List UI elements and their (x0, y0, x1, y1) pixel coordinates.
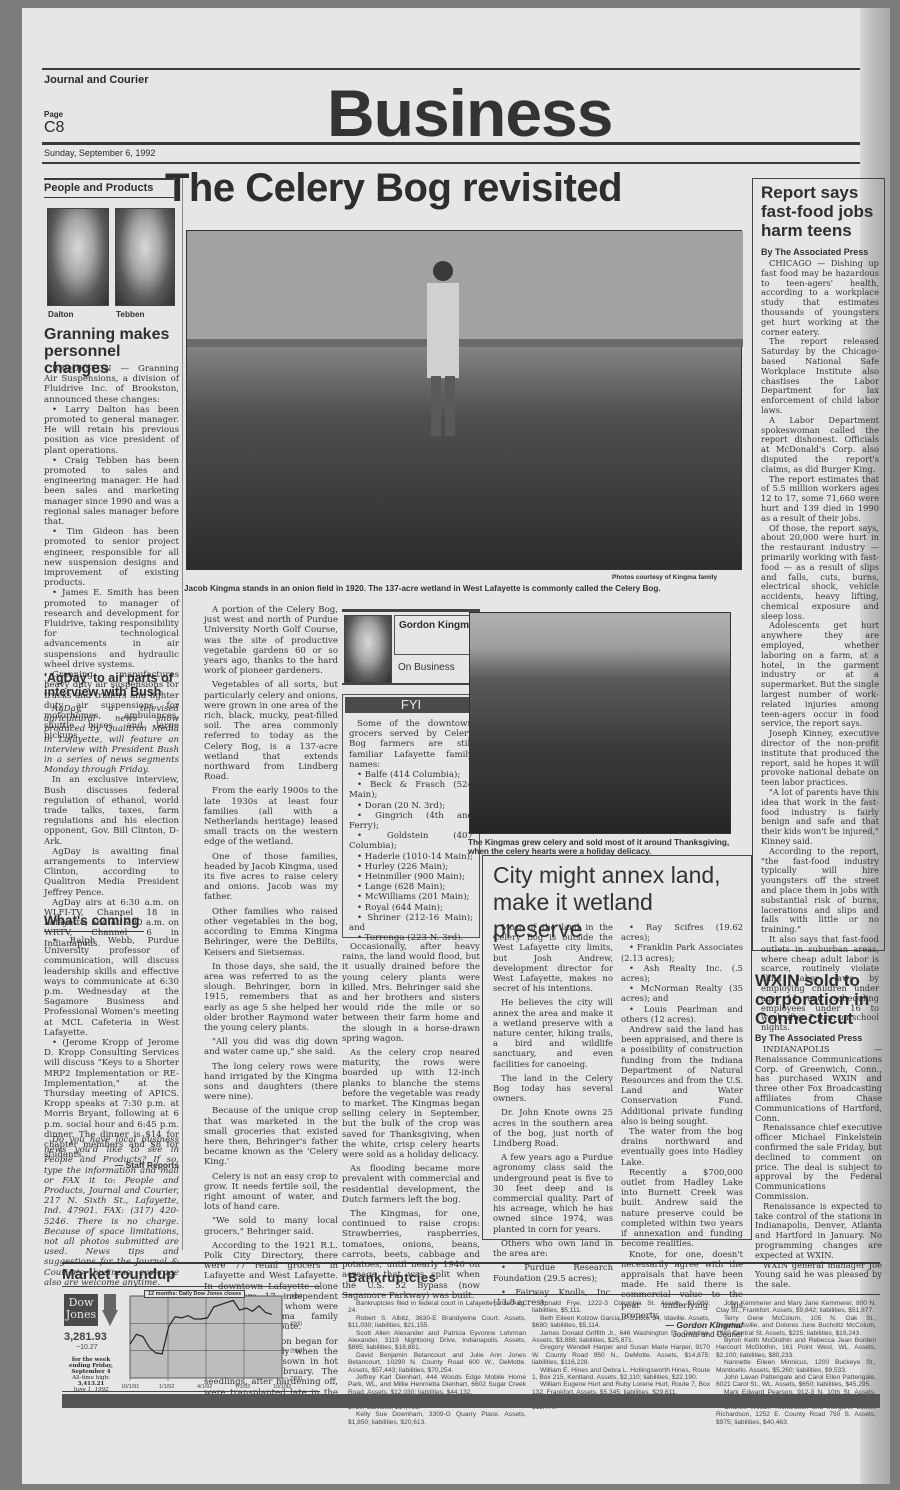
paragraph: • McNorman Realty (35 acres); and (621, 983, 743, 1003)
annex-col2: • Ray Scifres (19.62 acres); • Franklin … (621, 922, 743, 1340)
fyi-item: • Heinmiller (900 Main); (349, 872, 473, 882)
svg-text:4/1/92: 4/1/92 (197, 1384, 212, 1390)
paragraph: Renaissance chief executive officer Mich… (755, 1123, 882, 1201)
bankruptcy-entry: Nannette Eileen Minnicus, 1200 Buckeye S… (716, 1359, 876, 1374)
bankruptcy-entry: Robert S. Albitz, 3630-E Brandywine Cour… (348, 1315, 526, 1330)
wxin-byline: By The Associated Press (755, 1033, 862, 1043)
bankruptcy-entry: John Kemmerer and Mary Jane Kemmerer, 80… (716, 1300, 876, 1315)
fyi-item: • Shriner (212-16 Main); and (349, 913, 473, 933)
bankruptcy-entry: Jeffrey Karl Dienhart, 444 Woods Edge Mo… (348, 1374, 526, 1396)
annex-col1: Most of the land in the Celery Bog is ou… (493, 922, 613, 1307)
paragraph: As flooding became more prevalent with c… (342, 1164, 480, 1205)
paragraph: Celery is not an easy crop to grow. It n… (204, 1172, 338, 1213)
fyi-list: Some of the downtown grocers served by C… (343, 715, 479, 947)
paper-name: Journal and Courier (44, 74, 149, 86)
paragraph: A portion of the Celery Bog, just west a… (204, 605, 338, 676)
paragraph: Adolescents get hurt anywhere they are e… (761, 621, 879, 729)
fyi-item: • Hurley (226 Main); (349, 862, 473, 872)
paragraph: • Louis Pearlman and others (12 acres). (621, 1004, 743, 1024)
paragraph: The land in the Celery Bog today has sev… (493, 1073, 613, 1104)
bankruptcy-entry: Ronald Frye, 1222-3 Columbia St. Assets,… (532, 1300, 710, 1315)
paragraph: In those days, she said, the area was re… (204, 962, 338, 1033)
svg-text:2950: 2950 (290, 1349, 302, 1355)
column-name: On Business (398, 662, 455, 673)
paragraph: Vegetables of all sorts, but particularl… (204, 680, 338, 782)
svg-text:10/1/91: 10/1/91 (122, 1384, 139, 1390)
paragraph: As the celery crop neared maturity, the … (342, 1048, 480, 1160)
columnist-name-box: Gordon Kingma (394, 615, 478, 655)
columnist-photo (344, 615, 392, 683)
paragraph: Recently a $700,000 outlet from Hadley L… (621, 1167, 743, 1249)
wxin-story: INDIANAPOLIS — Renaissance Communication… (755, 1045, 882, 1290)
bottom-rule (62, 1262, 880, 1264)
alltime-date: June 1, 1992 (64, 1387, 118, 1393)
paragraph: • Ash Realty Inc. (.5 acres); (621, 963, 743, 983)
fyi-item: • Goldstein (407 Columbia); (349, 831, 473, 851)
bankruptcy-entry: Gregory Wendell Harper and Susan Marie H… (532, 1344, 710, 1366)
paragraph: Dr. John Knote owns 25 acres in the sout… (493, 1107, 613, 1148)
paragraph: He believes the city will annex the area… (493, 997, 613, 1068)
bankruptcy-entry: James Donald Griffith Jr., 646 Washingto… (532, 1330, 710, 1345)
bankruptcy-entry: Terry Gene McColum, 105 N. Oak St., Craw… (716, 1315, 876, 1337)
bankruptcies-rule (342, 1294, 880, 1295)
top-rule (42, 68, 860, 70)
celery-field-photo (469, 612, 731, 834)
fyi-item: • Lange (628 Main); (349, 882, 473, 892)
whats-coming-rule (44, 931, 144, 932)
fyi-item: • Beck & Frasch (524 Main); (349, 780, 473, 800)
paragraph: Occasionally, after heavy rains, the lan… (342, 942, 480, 1044)
paragraph: Renaissance is expected to take control … (755, 1202, 882, 1261)
paragraph: A Labor Department spokeswoman called th… (761, 416, 879, 475)
page-label: Page (44, 110, 63, 119)
fyi-item: • Balfe (414 Columbia); (349, 770, 473, 780)
paragraph: From the early 1900s to the late 1930s a… (204, 786, 338, 847)
paragraph: "We sold to many local grocers," Behring… (204, 1216, 338, 1236)
photo-caption-dalton: Dalton (48, 310, 73, 319)
paragraph: One of those families, headed by Jacob K… (204, 852, 338, 903)
photo-credit: Photos courtesy of Kingma family (612, 574, 717, 581)
dow-jones-logo: Dow Jones (64, 1294, 98, 1326)
paragraph: Others who own land in the area are: (493, 1238, 613, 1258)
svg-text:1/1/92: 1/1/92 (159, 1384, 174, 1390)
dow-chart: 270029503200345010/1/911/1/924/1/927/1/9… (122, 1290, 312, 1390)
paragraph: Of those, the report says, about 20,000 … (761, 524, 879, 622)
paragraph: CHICAGO — Dishing up fast food may be ha… (761, 259, 879, 337)
fyi-item: • Doran (20 N. 3rd); (349, 801, 473, 811)
paragraph: Other families who raised other vegetabl… (204, 907, 338, 958)
dateline-rule (42, 162, 860, 164)
fyi-title: FYI (345, 697, 477, 713)
paragraph: • Tim Gideon has been promoted to senior… (44, 527, 179, 588)
people-products-header: People and Products (44, 182, 153, 194)
paragraph: "All you did was dig down and water came… (204, 1037, 338, 1057)
svg-text:7/1/92: 7/1/92 (235, 1384, 250, 1390)
bankruptcy-entry: Kelly Sue Downham, 3309-G Quarry Place. … (348, 1411, 526, 1426)
svg-text:2700: 2700 (290, 1376, 302, 1382)
annex-story-box: City might annex land, make it wetland p… (482, 855, 752, 1240)
fastfood-story-box: Report says fast-food jobs harm teens By… (752, 178, 885, 951)
section-title: Business (327, 80, 612, 146)
svg-text:3450: 3450 (290, 1294, 302, 1300)
dateline: Sunday, September 6, 1992 (44, 148, 155, 158)
masthead-rule (42, 142, 860, 145)
tebben-photo (115, 208, 175, 306)
paragraph: • James E. Smith has been promoted to ma… (44, 588, 179, 670)
paragraph: A few years ago a Purdue agronomy class … (493, 1152, 613, 1234)
person-silhouette-icon (187, 231, 743, 571)
whats-coming-header: What's coming (44, 913, 139, 928)
dow-line-chart: 270029503200345010/1/911/1/924/1/927/1/9… (122, 1290, 312, 1390)
fastfood-story: CHICAGO — Dishing up fast food may be ha… (761, 259, 879, 1033)
market-roundup-box: Dow Jones 3,281.93 −10.27 for the week e… (62, 1286, 320, 1392)
bankruptcy-entry: William E. Hines and Debra L. Hollingswo… (532, 1367, 710, 1382)
fyi-item: • Gingrich (4th and Ferry); (349, 811, 473, 831)
wxin-headline: WXIN sold to corporation in Connecticut (755, 971, 885, 1028)
paragraph: • Ray Scifres (19.62 acres); (621, 922, 743, 942)
page-number: C8 (44, 119, 64, 137)
onion-field-photo (186, 230, 742, 570)
bankruptcy-entry: David Benjamin Betancourt and Julie Ann … (348, 1352, 526, 1374)
paragraph: Most of the land in the Celery Bog is ou… (493, 922, 613, 993)
fastfood-byline: By The Associated Press (761, 247, 868, 257)
paragraph: Joseph Kinney, executive director of the… (761, 729, 879, 788)
paragraph: • Purdue Research Foundation (29.5 acres… (493, 1262, 613, 1282)
pp-rule2 (44, 197, 174, 198)
logo-line2: Jones (64, 1309, 98, 1321)
newspaper-page: Journal and Courier Page C8 Business Sun… (22, 8, 890, 1484)
celery-photo-caption: The Kingmas grew celery and sold most of… (468, 838, 736, 856)
paragraph: The report released Saturday by the Chic… (761, 337, 879, 415)
columnist-box: Gordon Kingma On Business (342, 609, 480, 685)
bankruptcy-intro: Bankruptcies filed in federal court in L… (348, 1300, 526, 1315)
paragraph: WXIN general manager Joe Young said he w… (755, 1261, 882, 1290)
dalton-photo (47, 208, 109, 306)
dow-value: 3,281.93 (64, 1331, 107, 1343)
market-roundup-header: Market roundup (62, 1266, 175, 1283)
paragraph: • Franklin Park Associates (2.13 acres); (621, 942, 743, 962)
dow-change: −10.27 (76, 1344, 98, 1351)
paragraph: The long celery rows were hand irrigated… (204, 1062, 338, 1103)
paragraph: Because of the unique crop that was mark… (204, 1106, 338, 1167)
paragraph: The water from the bog drains northward … (621, 1126, 743, 1167)
main-headline: The Celery Bog revisited (165, 166, 622, 211)
bankruptcy-entry: John Lavan Pattengale and Carol Ellen Pa… (716, 1374, 876, 1389)
alltime-block: All-time high: 3,413.21 June 1, 1992 (64, 1375, 118, 1393)
paragraph: • Craig Tebben has been promoted to sale… (44, 456, 179, 527)
paragraph: • Ralph Webb, Purdue University professo… (44, 936, 179, 1038)
paragraph: According to the report, "the fast-food … (761, 847, 879, 935)
paragraph: BROOKSTON — Granning Air Suspensions, a … (44, 364, 179, 405)
bankruptcy-entry: Byron Keith McGlothin and Rebecca Jean B… (716, 1337, 876, 1359)
fyi-intro: Some of the downtown grocers served by C… (349, 719, 473, 770)
photo-caption-tebben: Tebben (116, 310, 145, 319)
paragraph: In an exclusive interview, Bush discusse… (44, 775, 179, 846)
svg-text:3200: 3200 (290, 1321, 302, 1327)
paragraph: AgDay is awaiting final arrangements to … (44, 847, 179, 898)
down-arrow-icon (102, 1294, 118, 1326)
footer-band (62, 1394, 880, 1408)
bankruptcy-entry: Scott Allen Alexander and Patricia Eyvon… (348, 1330, 526, 1352)
main-photo-caption: Jacob Kingma stands in an onion field in… (184, 584, 744, 593)
pp-rule (44, 178, 174, 180)
fyi-item: • McWilliams (201 Main); (349, 892, 473, 902)
fastfood-headline: Report says fast-food jobs harm teens (761, 183, 881, 240)
celery-bog-col2: Occasionally, after heavy rains, the lan… (342, 942, 480, 1301)
fyi-item: • Haderle (1010-14 Main); (349, 852, 473, 862)
paragraph: • Larry Dalton has been promoted to gene… (44, 405, 179, 456)
paragraph: INDIANAPOLIS — Renaissance Communication… (755, 1045, 882, 1123)
paragraph: The Kingmas, for one, continued to raise… (342, 1209, 480, 1301)
paragraph: Andrew said the land has been appraised,… (621, 1024, 743, 1126)
week-note: for the week ending Friday, September 4 (64, 1357, 118, 1375)
fyi-item: • Royal (644 Main); (349, 903, 473, 913)
bankruptcy-entry: Beth Eileen Kolzow Garcia, P.O. Box 54, … (532, 1315, 710, 1330)
paragraph: The report estimates that of 5.5 million… (761, 475, 879, 524)
fyi-box: FYI Some of the downtown grocers served … (342, 694, 480, 938)
paragraph: "A lot of parents have this idea that wo… (761, 788, 879, 847)
agday-headline: 'AgDay' to air parts of interview with B… (44, 671, 179, 699)
columnist-name: Gordon Kingma (399, 620, 477, 632)
paragraph: AgDay, a televised agricultural news sho… (44, 704, 179, 775)
column-divider (182, 178, 183, 1250)
bankruptcies-header: Bankruptcies (348, 1270, 436, 1285)
svg-text:10/1/92: 10/1/92 (273, 1384, 291, 1390)
chart-title: 12 months: Daily Dow Jones closes (144, 1290, 245, 1298)
